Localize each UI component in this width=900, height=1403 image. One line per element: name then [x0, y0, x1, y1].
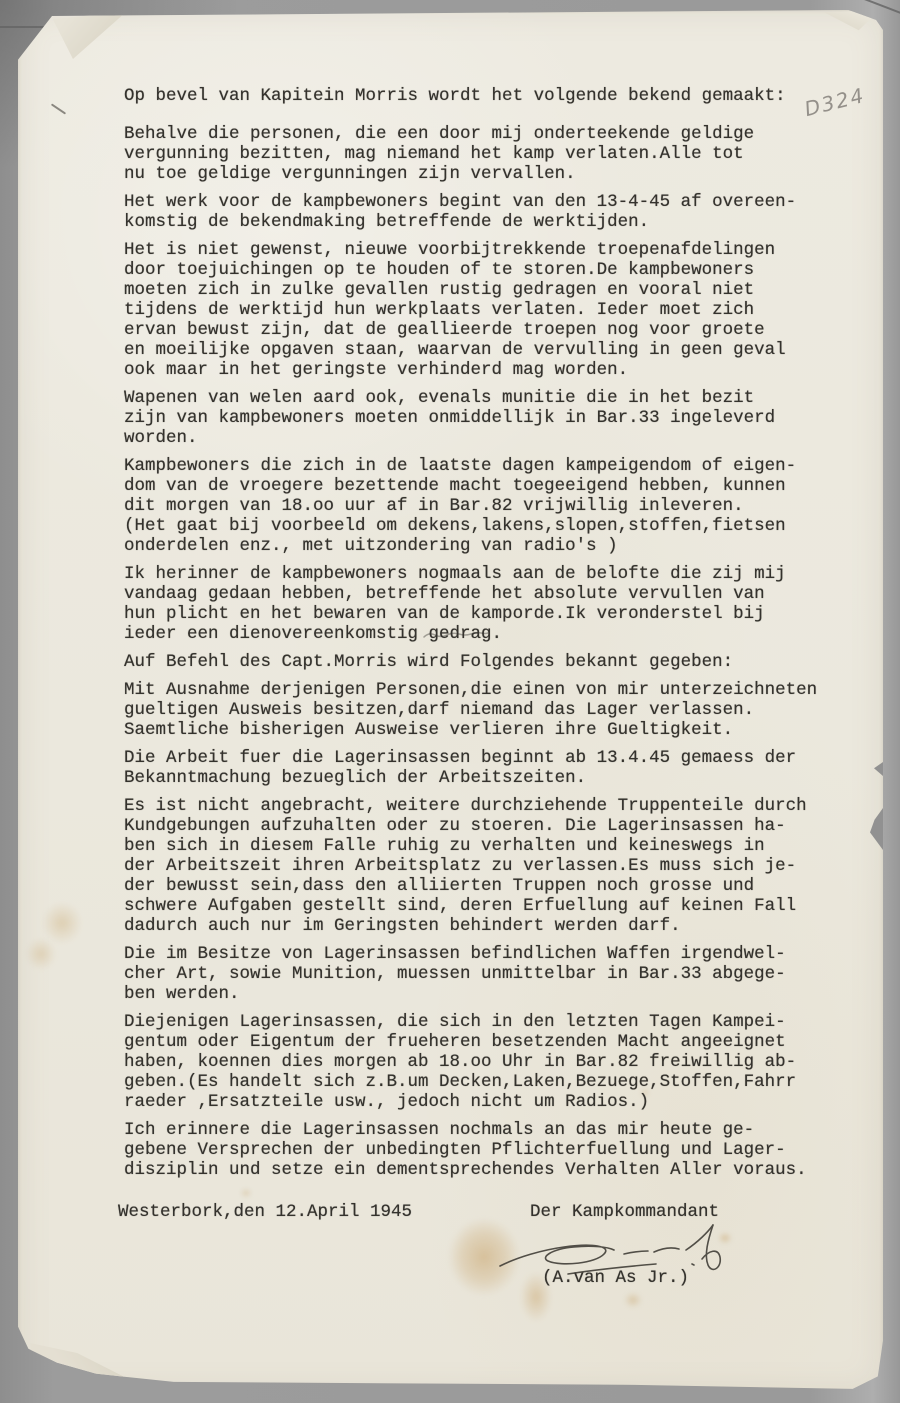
german-paragraph-work: Die Arbeit fuer die Lagerinsassen beginn…: [124, 748, 872, 788]
dutch-paragraph-permits: Behalve die personen, die een door mij o…: [124, 124, 872, 184]
stain: [26, 938, 56, 970]
german-paragraph-property: Diejenigen Lagerinsassen, die sich in de…: [124, 1012, 872, 1112]
signer-title: Der Kampkommandant: [530, 1202, 719, 1222]
edge-tear-notch: [873, 762, 883, 776]
scan-edge-line-right: [857, 0, 900, 15]
dutch-paragraph-promise: Ik herinner de kampbewoners nogmaals aan…: [124, 564, 872, 644]
dutch-paragraph-weapons: Wapenen van welen aard ook, evenals muni…: [124, 388, 872, 448]
place-date: Westerbork,den 12.April 1945: [118, 1202, 412, 1222]
folded-corner-bottom-left: [30, 1334, 148, 1390]
stain: [42, 902, 82, 944]
german-paragraph-permits: Mit Ausnahme derjenigen Personen,die ein…: [124, 680, 872, 740]
dutch-paragraph-property: Kampbewoners die zich in de laatste dage…: [124, 456, 872, 556]
signature-scribble: [496, 1222, 741, 1284]
folded-corner-top-left: [48, 12, 126, 62]
german-heading: Auf Befehl des Capt.Morris wird Folgende…: [124, 652, 872, 672]
stain: [624, 1292, 642, 1308]
document-body: Op bevel van Kapitein Morris wordt het v…: [124, 86, 872, 1188]
document-page: D324 Op bevel van Kapitein Morris wordt …: [18, 10, 883, 1393]
dutch-paragraph-troops: Het is niet gewenst, nieuwe voorbijtrekk…: [124, 240, 872, 380]
dutch-paragraph-work: Het werk voor de kampbewoners begint van…: [124, 192, 872, 232]
german-paragraph-weapons: Die im Besitze von Lagerinsassen befindl…: [124, 944, 872, 1004]
stain: [240, 1188, 252, 1198]
german-paragraph-promise: Ich erinnere die Lagerinsassen nochmals …: [124, 1120, 872, 1180]
pencil-mark: [51, 103, 66, 114]
folded-corner-top-right: [824, 10, 880, 32]
german-paragraph-troops: Es ist nicht angebracht, weitere durchzi…: [124, 796, 872, 936]
dutch-heading: Op bevel van Kapitein Morris wordt het v…: [124, 86, 872, 106]
